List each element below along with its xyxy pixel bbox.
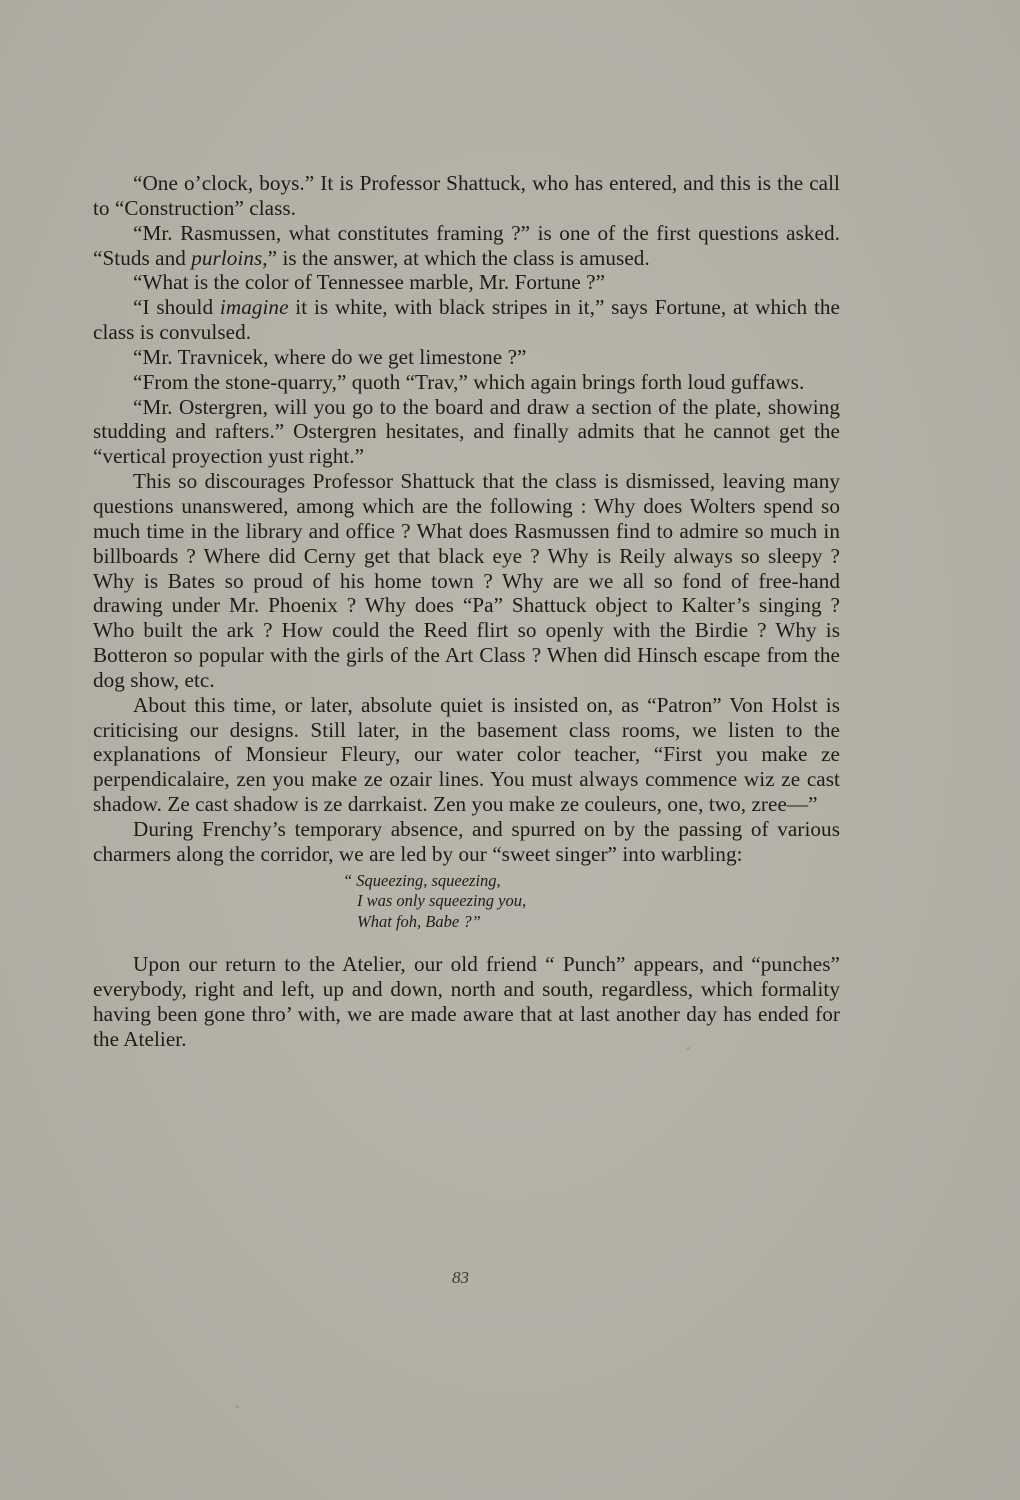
paragraph-von-holst-fleury: About this time, or later, absolute quie… xyxy=(93,693,840,817)
paper-speck xyxy=(236,1405,239,1408)
paragraph-questions-unanswered: This so discourages Professor Shattuck t… xyxy=(93,469,840,693)
paragraph-frenchy-absence: During Frenchy’s temporary absence, and … xyxy=(93,817,840,867)
paragraph-rasmussen-framing: “Mr. Rasmussen, what constitutes framing… xyxy=(93,221,840,271)
text-run: “Mr. Ostergren, will you go to the board… xyxy=(93,395,840,469)
text-run: “Mr. Travnicek, where do we get limeston… xyxy=(133,345,526,369)
verse-line: “ Squeezing, squeezing, xyxy=(343,871,840,892)
paragraph-one-oclock: “One o’clock, boys.” It is Professor Sha… xyxy=(93,171,840,221)
italic-purloins: purloins xyxy=(191,246,262,270)
paragraph-fortune-answer: “I should imagine it is white, with blac… xyxy=(93,295,840,345)
paper-speck xyxy=(687,1047,690,1050)
text-run: About this time, or later, absolute quie… xyxy=(93,693,840,816)
verse-line: I was only squeezing you, xyxy=(343,891,840,912)
text-run: ,” is the answer, at which the class is … xyxy=(262,246,649,270)
text-run: This so discourages Professor Shattuck t… xyxy=(93,469,840,692)
text-run: “From the stone-quarry,” quoth “Trav,” w… xyxy=(133,370,804,394)
paper-speck xyxy=(463,300,466,303)
verse-line: What foh, Babe ?” xyxy=(343,912,840,933)
text-run: “I should xyxy=(133,295,220,319)
paragraph-closing-atelier: Upon our return to the Atelier, our old … xyxy=(93,952,840,1051)
text-run: During Frenchy’s temporary absence, and … xyxy=(93,817,840,866)
paragraph-tennessee-marble: “What is the color of Tennessee marble, … xyxy=(93,270,840,295)
text-run: “One o’clock, boys.” It is Professor Sha… xyxy=(93,171,840,220)
paragraph-travnicek-limestone: “Mr. Travnicek, where do we get limeston… xyxy=(93,345,840,370)
paragraph-stone-quarry: “From the stone-quarry,” quoth “Trav,” w… xyxy=(93,370,840,395)
page-number: 83 xyxy=(452,1268,469,1288)
paragraph-ostergren: “Mr. Ostergren, will you go to the board… xyxy=(93,395,840,470)
page-body: “One o’clock, boys.” It is Professor Sha… xyxy=(93,171,840,1052)
text-run: “What is the color of Tennessee marble, … xyxy=(133,270,605,294)
song-verse: “ Squeezing, squeezing, I was only squee… xyxy=(343,871,840,933)
italic-imagine: imagine xyxy=(220,295,289,319)
